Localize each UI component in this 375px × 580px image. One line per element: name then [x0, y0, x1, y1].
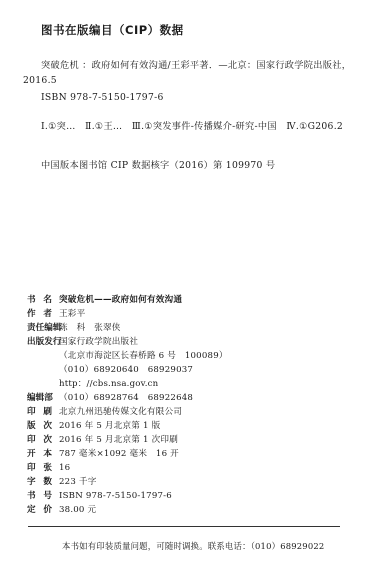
colophon-value: 2016 年 5 月北京第 1 版 — [59, 419, 160, 433]
label-char: 书 — [27, 293, 36, 307]
label-char: 印 — [27, 433, 36, 447]
colophon-value: 38.00 元 — [59, 503, 96, 517]
colophon-value: 787 毫米×1092 毫米 16 开 — [59, 447, 179, 461]
label-char: 次 — [43, 419, 52, 433]
label-char: 编 — [44, 321, 53, 335]
colophon-row: 印张16 — [27, 461, 357, 475]
colophon-value: （北京市海淀区长春桥路 6 号 100089） — [59, 349, 228, 363]
colophon-value: ISBN 978-7-5150-1797-6 — [59, 489, 172, 503]
colophon-block: 书名突破危机——政府如何有效沟通作者王彩平责任编辑陈 科 张翠侠出版发行国家行政… — [27, 293, 357, 517]
cip-record-line-1: 突破危机 ：政府如何有效沟通/王彩平著．—北京：国家行政学院出版社， — [41, 57, 351, 71]
divider-rule — [28, 526, 340, 527]
colophon-value: 北京九州迅驰传媒文化有限公司 — [59, 405, 182, 419]
colophon-value: 223 千字 — [59, 475, 97, 489]
colophon-label: 作者 — [27, 307, 52, 321]
colophon-label: 印张 — [27, 461, 52, 475]
colophon-row: 版次2016 年 5 月北京第 1 版 — [27, 419, 357, 433]
label-char: 作 — [27, 307, 36, 321]
colophon-row: 字数223 千字 — [27, 475, 357, 489]
label-char: 版 — [36, 335, 45, 349]
colophon-row: 开本787 毫米×1092 毫米 16 开 — [27, 447, 357, 461]
cip-classification: Ⅰ.①突… Ⅱ.①王… Ⅲ.①突发事件-传播媒介-研究-中国 Ⅳ.①G206.2 — [41, 118, 343, 132]
colophon-row: 定价38.00 元 — [27, 503, 357, 517]
colophon-label: 印次 — [27, 433, 52, 447]
colophon-label: 印刷 — [27, 405, 52, 419]
colophon-label: 定价 — [27, 503, 52, 517]
label-char: 书 — [27, 489, 36, 503]
colophon-value: 16 — [59, 461, 70, 475]
label-char: 编 — [27, 391, 36, 405]
label-char: 定 — [27, 503, 36, 517]
colophon-row: 印次2016 年 5 月北京第 1 次印刷 — [27, 433, 357, 447]
label-char: 字 — [27, 475, 36, 489]
colophon-row: 书号ISBN 978-7-5150-1797-6 — [27, 489, 357, 503]
label-char: 号 — [43, 489, 52, 503]
colophon-value: 王彩平 — [59, 307, 85, 321]
label-char: 张 — [43, 461, 52, 475]
label-char: 任 — [36, 321, 45, 335]
label-char: 次 — [43, 433, 52, 447]
colophon-value: （010）68928764 68922648 — [59, 391, 193, 405]
label-char: 责 — [27, 321, 36, 335]
colophon-row: （010）68920640 68929037 — [27, 363, 357, 377]
cip-isbn-line: ISBN 978-7-5150-1797-6 — [41, 92, 164, 103]
cip-heading: 图书在版编目（CIP）数据 — [41, 22, 184, 38]
label-char: 数 — [43, 475, 52, 489]
colophon-row: 出版发行国家行政学院出版社 — [27, 335, 357, 349]
label-char: 价 — [43, 503, 52, 517]
cip-record-line-2: 2016.5 — [23, 75, 57, 86]
label-char: 部 — [44, 391, 53, 405]
label-char: 印 — [27, 405, 36, 419]
colophon-label: 责任编辑 — [27, 321, 52, 335]
colophon-label: 版次 — [27, 419, 52, 433]
label-char: 版 — [27, 419, 36, 433]
colophon-label: 开本 — [27, 447, 52, 461]
label-char: 开 — [27, 447, 36, 461]
colophon-value: 2016 年 5 月北京第 1 次印刷 — [59, 433, 178, 447]
label-char: 刷 — [43, 405, 52, 419]
label-char: 印 — [27, 461, 36, 475]
label-char: 者 — [43, 307, 52, 321]
label-char: 名 — [43, 293, 52, 307]
colophon-value: http：//cbs.nsa.gov.cn — [59, 377, 158, 391]
colophon-value: 突破危机——政府如何有效沟通 — [59, 293, 182, 307]
colophon-label: 书名 — [27, 293, 52, 307]
colophon-label: 编辑部 — [27, 391, 52, 405]
cip-data-number: 中国版本图书馆 CIP 数据核字（2016）第 109970 号 — [41, 157, 275, 171]
colophon-row: 作者王彩平 — [27, 307, 357, 321]
colophon-row: http：//cbs.nsa.gov.cn — [27, 377, 357, 391]
quality-note: 本书如有印装质量问题，可随时调换。联系电话：（010）68929022 — [62, 540, 324, 552]
colophon-row: 印刷北京九州迅驰传媒文化有限公司 — [27, 405, 357, 419]
colophon-label: 出版发行 — [27, 335, 52, 349]
colophon-label: 书号 — [27, 489, 52, 503]
colophon-row: 编辑部（010）68928764 68922648 — [27, 391, 357, 405]
colophon-value: 陈 科 张翠侠 — [59, 321, 121, 335]
colophon-value: 国家行政学院出版社 — [59, 335, 138, 349]
label-char: 本 — [43, 447, 52, 461]
colophon-row: （北京市海淀区长春桥路 6 号 100089） — [27, 349, 357, 363]
colophon-row: 书名突破危机——政府如何有效沟通 — [27, 293, 357, 307]
colophon-label: 字数 — [27, 475, 52, 489]
label-char: 出 — [27, 335, 36, 349]
colophon-label — [27, 363, 52, 377]
label-char: 辑 — [36, 391, 45, 405]
colophon-label — [27, 377, 52, 391]
label-char: 发 — [44, 335, 53, 349]
colophon-label — [27, 349, 52, 363]
colophon-row: 责任编辑陈 科 张翠侠 — [27, 321, 357, 335]
colophon-value: （010）68920640 68929037 — [59, 363, 193, 377]
